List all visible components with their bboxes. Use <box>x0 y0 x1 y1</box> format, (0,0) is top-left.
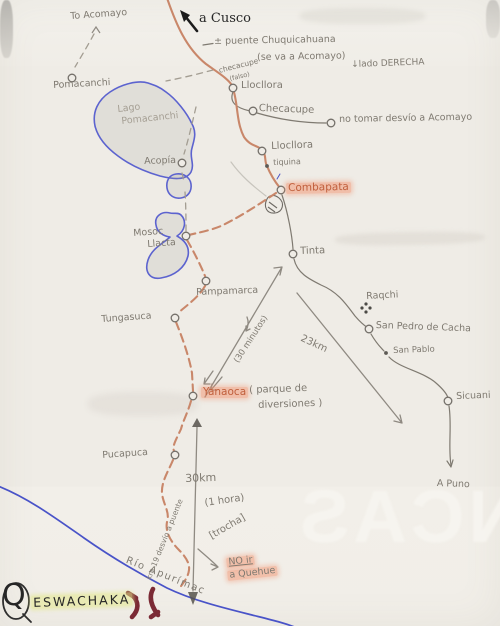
arrow-to-no-ir-quehue <box>198 549 218 570</box>
marker-mosoc-llacta <box>182 232 190 240</box>
marker-llocllora-2 <box>258 147 266 155</box>
marker-to-acomayo-caret <box>92 27 100 33</box>
marker-checacupe <box>249 107 257 115</box>
marker-tinta <box>289 250 297 258</box>
label-llocllora-1: Llocllora <box>241 81 283 92</box>
label-raqchi: Raqchi <box>366 290 399 302</box>
lake-acopia <box>167 174 191 198</box>
label-a-puno: A Puno <box>437 479 470 490</box>
marker-raqchi-ruins <box>360 302 371 313</box>
qeswachaka-bridge-icon <box>128 589 158 617</box>
marker-tiquina <box>265 164 269 168</box>
sketch-line-west-combapata <box>231 162 266 196</box>
marker-san-pablo <box>384 351 388 355</box>
label-a-cusco: a Cusco <box>199 12 251 26</box>
marker-pucapuca <box>171 451 179 459</box>
marker-yanaoca-triangle <box>192 418 202 427</box>
scanned-hand-drawn-map: NCAS <box>0 0 500 626</box>
label-mosoc-llacta-2: Llacta <box>147 238 176 250</box>
label-sicuani: Sicuani <box>456 391 491 402</box>
label-combapata: Combapata <box>286 182 351 194</box>
marker-pampamarca <box>202 277 210 285</box>
label-llocllora-2: Llocllora <box>271 141 313 153</box>
qeswachaka-q-tail <box>23 614 31 622</box>
marker-san-pedro <box>365 325 373 333</box>
label-san-pablo: San Pablo <box>393 346 435 356</box>
label-yanaoca: Yanaoca <box>201 387 248 398</box>
label-qeswachaka: ESWACHAKA <box>31 592 132 609</box>
combapata-blue-tick <box>277 174 280 179</box>
tick-before-puente <box>203 44 213 46</box>
label-parque-2: diversiones ) <box>258 399 323 412</box>
label-pampamarca: Pampamarca <box>196 286 258 298</box>
marker-tungasuca <box>171 314 179 322</box>
label-parque-1: ( parque de <box>249 384 307 397</box>
label-km-30: 30km <box>185 472 216 485</box>
label-acopia: Acopía <box>144 156 176 167</box>
trail-to-acomayo <box>75 34 94 67</box>
map-drawing-layer <box>0 0 500 626</box>
road-combapata-tinta <box>282 195 293 249</box>
label-qeswachaka-q: Q <box>2 580 26 612</box>
trail-road-to-lake <box>166 70 213 81</box>
marker-desvio-acomayo <box>327 119 335 127</box>
label-tinta: Tinta <box>300 246 325 257</box>
label-se-va-a-acomayo: (se va a Acomayo) <box>257 51 346 63</box>
combapata-plaza-sketch <box>265 195 282 213</box>
marker-llocllora-1 <box>229 84 237 92</box>
marker-yanaoca <box>189 392 197 400</box>
marker-combapata <box>277 186 285 194</box>
road-sicuani-puno <box>447 406 453 467</box>
marker-acopia <box>178 159 186 167</box>
arrow-30min-tick <box>246 317 250 331</box>
label-puente-chuquicahuana: ± puente Chuquicahuana <box>214 35 336 47</box>
arrow-30km-to-bridge <box>193 427 197 591</box>
label-tiquina: tiquina <box>273 158 301 167</box>
label-checacupe: Checacupe <box>259 104 315 116</box>
marker-sicuani <box>444 397 452 405</box>
